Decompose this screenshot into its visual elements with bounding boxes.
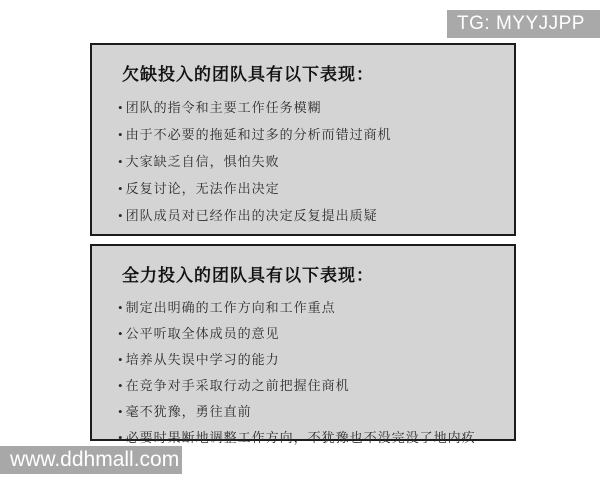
panel-title: 欠缺投入的团队具有以下表现： xyxy=(122,60,514,85)
bullet-item: 由于不必要的拖延和过多的分析而错过商机 xyxy=(118,121,496,148)
tg-watermark-label: TG: MYYJJPP xyxy=(457,13,585,34)
bullet-list: 制定出明确的工作方向和工作重点 公平听取全体成员的意见 培养从失误中学习的能力 … xyxy=(118,295,496,451)
slide-canvas: TG: MYYJJPP 欠缺投入的团队具有以下表现： 团队的指令和主要工作任务模… xyxy=(0,0,600,480)
bullet-item: 反复讨论，无法作出决定 xyxy=(118,175,496,202)
panel-committed-team: 全力投入的团队具有以下表现： 制定出明确的工作方向和工作重点 公平听取全体成员的… xyxy=(90,244,516,441)
bullet-list: 团队的指令和主要工作任务模糊 由于不必要的拖延和过多的分析而错过商机 大家缺乏自… xyxy=(118,94,496,229)
panel-uncommitted-team: 欠缺投入的团队具有以下表现： 团队的指令和主要工作任务模糊 由于不必要的拖延和过… xyxy=(90,43,516,236)
bullet-item: 在竞争对手采取行动之前把握住商机 xyxy=(118,373,496,399)
site-watermark-label: www.ddhmall.com xyxy=(10,448,179,471)
site-watermark: www.ddhmall.com xyxy=(0,446,182,474)
bullet-item: 团队成员对已经作出的决定反复提出质疑 xyxy=(118,202,496,229)
bullet-item: 毫不犹豫，勇往直前 xyxy=(118,399,496,425)
bullet-item: 制定出明确的工作方向和工作重点 xyxy=(118,295,496,321)
panel-title: 全力投入的团队具有以下表现： xyxy=(122,261,514,286)
bullet-item: 培养从失误中学习的能力 xyxy=(118,347,496,373)
tg-watermark-badge: TG: MYYJJPP xyxy=(447,10,600,38)
bullet-item: 大家缺乏自信，惧怕失败 xyxy=(118,148,496,175)
bullet-item: 公平听取全体成员的意见 xyxy=(118,321,496,347)
bullet-item: 团队的指令和主要工作任务模糊 xyxy=(118,94,496,121)
